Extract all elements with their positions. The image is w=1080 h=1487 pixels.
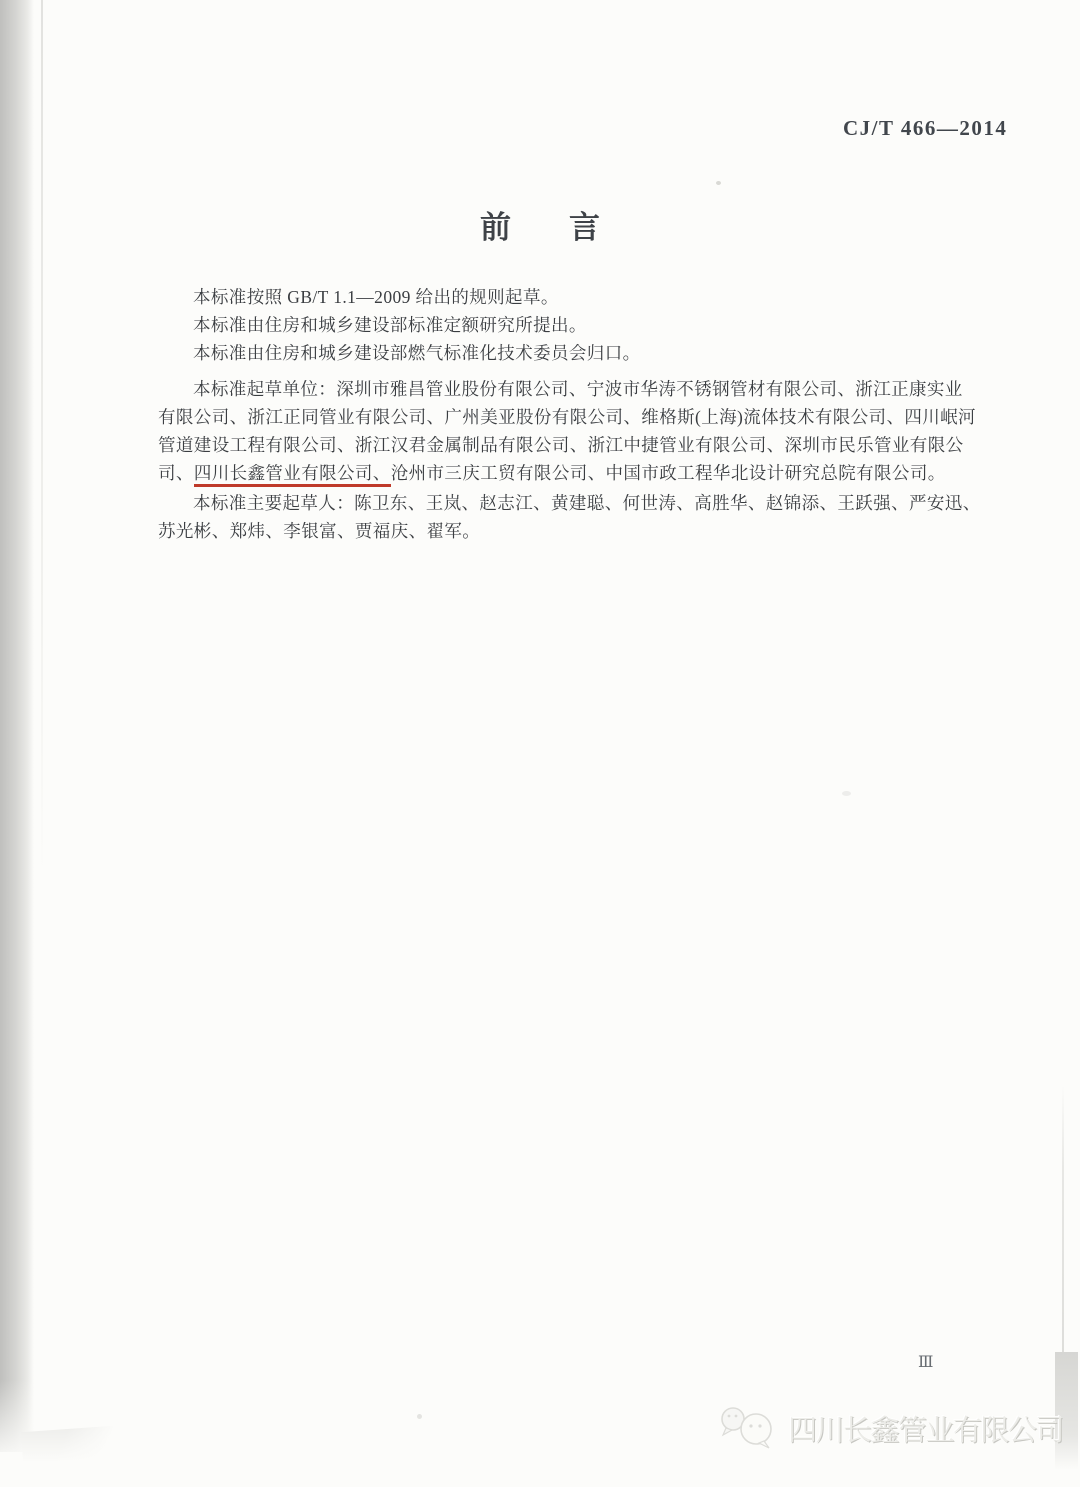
drafting-units-line4-pre: 司、	[158, 463, 194, 483]
paragraph-proposed-by: 本标准由住房和城乡建设部标准定额研究所提出。	[158, 311, 984, 339]
highlighted-company-name: 四川长鑫管业有限公司、	[194, 463, 391, 487]
scanned-document-page: CJ/T 466—2014 前 言 本标准按照 GB/T 1.1—2009 给出…	[0, 0, 1080, 1487]
scan-speck	[716, 181, 721, 185]
drafting-units-line: 管道建设工程有限公司、浙江汉君金属制品有限公司、浙江中捷管业有限公司、深圳市民乐…	[158, 431, 984, 459]
drafters-line: 本标准主要起草人：陈卫东、王岚、赵志江、黄建聪、何世涛、高胜华、赵锦添、王跃强、…	[158, 489, 984, 517]
drafting-units-line: 有限公司、浙江正同管业有限公司、广州美亚股份有限公司、维格斯(上海)流体技术有限…	[158, 403, 984, 431]
scan-right-edge-line	[1062, 1085, 1064, 1375]
scan-left-edge-fade	[0, 1380, 140, 1487]
page-number: Ⅲ	[918, 1352, 934, 1372]
company-watermark: 四川长鑫管业有限公司	[718, 1405, 1063, 1451]
foreword-body: 本标准按照 GB/T 1.1—2009 给出的规则起草。 本标准由住房和城乡建设…	[158, 283, 984, 545]
watermark-company-name: 四川长鑫管业有限公司	[788, 1408, 1063, 1449]
paragraph-centralized-by: 本标准由住房和城乡建设部燃气标准化技术委员会归口。	[158, 339, 984, 367]
drafting-units-line: 本标准起草单位：深圳市雅昌管业股份有限公司、宁波市华涛不锈钢管材有限公司、浙江正…	[158, 375, 984, 403]
scan-speck	[842, 791, 851, 796]
title-char-qian: 前	[480, 202, 511, 247]
paragraph-drafting-rules: 本标准按照 GB/T 1.1—2009 给出的规则起草。	[158, 283, 984, 311]
drafters-line: 苏光彬、郑炜、李银富、贾福庆、翟军。	[158, 517, 984, 545]
scan-crease-line	[41, 0, 43, 880]
paragraph-drafters: 本标准主要起草人：陈卫东、王岚、赵志江、黄建聪、何世涛、高胜华、赵锦添、王跃强、…	[158, 489, 984, 545]
chat-bubbles-logo-icon	[718, 1405, 780, 1451]
standard-code: CJ/T 466—2014	[843, 116, 1007, 141]
paragraph-drafting-units: 本标准起草单位：深圳市雅昌管业股份有限公司、宁波市华涛不锈钢管材有限公司、浙江正…	[158, 375, 984, 487]
scan-speck	[417, 1414, 422, 1419]
drafting-units-line4-post: 沧州市三庆工贸有限公司、中国市政工程华北设计研究总院有限公司。	[391, 463, 946, 483]
drafting-units-line: 司、四川长鑫管业有限公司、沧州市三庆工贸有限公司、中国市政工程华北设计研究总院有…	[158, 459, 984, 487]
title-char-yan: 言	[569, 202, 600, 247]
page-title: 前 言	[0, 202, 1080, 247]
